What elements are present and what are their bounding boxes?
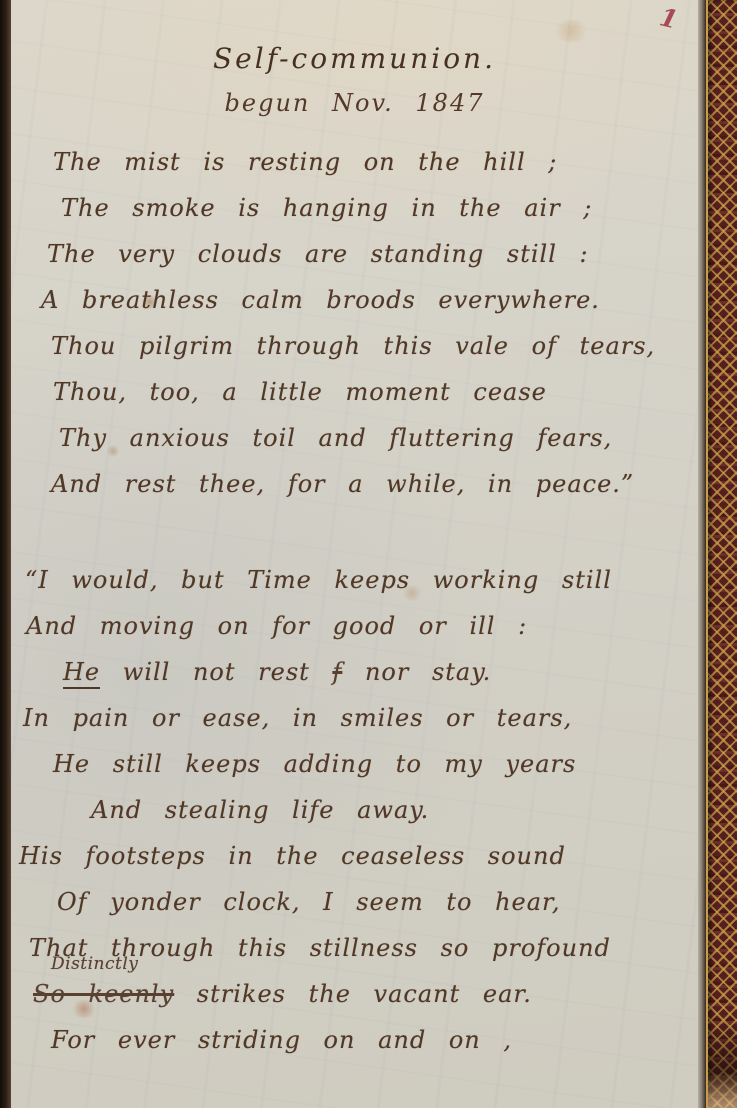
poem-line: Thy anxious toil and fluttering fears, — [59, 415, 698, 461]
poem-text: The very clouds are standing still : — [47, 240, 589, 268]
poem-line: His footsteps in the ceaseless sound — [19, 833, 698, 879]
poem-line: Thou pilgrim through this vale of tears, — [51, 323, 698, 369]
poem-line: The very clouds are standing still : — [47, 231, 698, 277]
poem-line: Of yonder clock, I seem to hear, — [57, 879, 698, 925]
book-gutter-edge — [0, 0, 11, 1108]
poem-line: For ever striding on and on , — [51, 1017, 698, 1063]
poem-text: Of yonder clock, I seem to hear, — [57, 888, 561, 916]
poem-text: For ever striding on and on , — [51, 1026, 512, 1054]
poem-text: Thy anxious toil and fluttering fears, — [59, 424, 612, 452]
poem-text: His footsteps in the ceaseless sound — [19, 842, 566, 870]
poem-line: A breathless calm broods everywhere. — [41, 277, 698, 323]
poem-text: In pain or ease, in smiles or tears, — [23, 704, 572, 732]
poem-text: And rest thee, for a while, in peace.” — [51, 470, 634, 498]
poem-line: “I would, but Time keeps working still — [25, 557, 698, 603]
page-edge-shadow — [698, 0, 706, 1108]
poem-text: The mist is resting on the hill ; — [53, 148, 557, 176]
poem-text: will not rest — [100, 658, 332, 686]
poem-line: He will not rest f nor stay. — [63, 649, 698, 695]
poem-line: Thou, too, a little moment cease — [53, 369, 698, 415]
poem-title: Self-communion. — [11, 42, 698, 75]
poem-line: DistinctlySo keenly strikes the vacant e… — [33, 971, 698, 1017]
poem-text: He still keeps adding to my years — [53, 750, 576, 778]
gilt-binding-edge — [706, 0, 737, 1108]
poem-line: And moving on for good or ill : — [26, 603, 698, 649]
poem-line: And rest thee, for a while, in peace.” — [51, 461, 698, 507]
poem-text: “I would, but Time keeps working still — [25, 566, 612, 594]
poem-text: And stealing life away. — [91, 796, 429, 824]
poem-line: And stealing life away. — [91, 787, 698, 833]
poem-text: And moving on for good or ill : — [26, 612, 527, 640]
poem-text: The smoke is hanging in the air ; — [61, 194, 592, 222]
poem-text-strike: f — [332, 658, 342, 686]
poem-text: Thou pilgrim through this vale of tears, — [51, 332, 655, 360]
poem-lines: The mist is resting on the hill ;The smo… — [11, 139, 698, 1063]
inserted-correction: Distinctly — [51, 954, 138, 974]
poem-line: The smoke is hanging in the air ; — [61, 185, 698, 231]
poem-line: In pain or ease, in smiles or tears, — [23, 695, 698, 741]
poem-text: nor stay. — [342, 658, 491, 686]
poem-text: strikes the vacant ear. — [174, 980, 532, 1008]
poem-text: A breathless calm broods everywhere. — [41, 286, 600, 314]
manuscript-text: Self-communion. begun Nov. 1847 The mist… — [11, 0, 698, 1108]
poem-subtitle: begun Nov. 1847 — [11, 89, 698, 117]
poem-line: He still keeps adding to my years — [53, 741, 698, 787]
poem-text: Thou, too, a little moment cease — [53, 378, 547, 406]
poem-text-strike: So keenly — [33, 980, 174, 1008]
poem-text-underline: He — [63, 658, 100, 689]
poem-line: The mist is resting on the hill ; — [53, 139, 698, 185]
